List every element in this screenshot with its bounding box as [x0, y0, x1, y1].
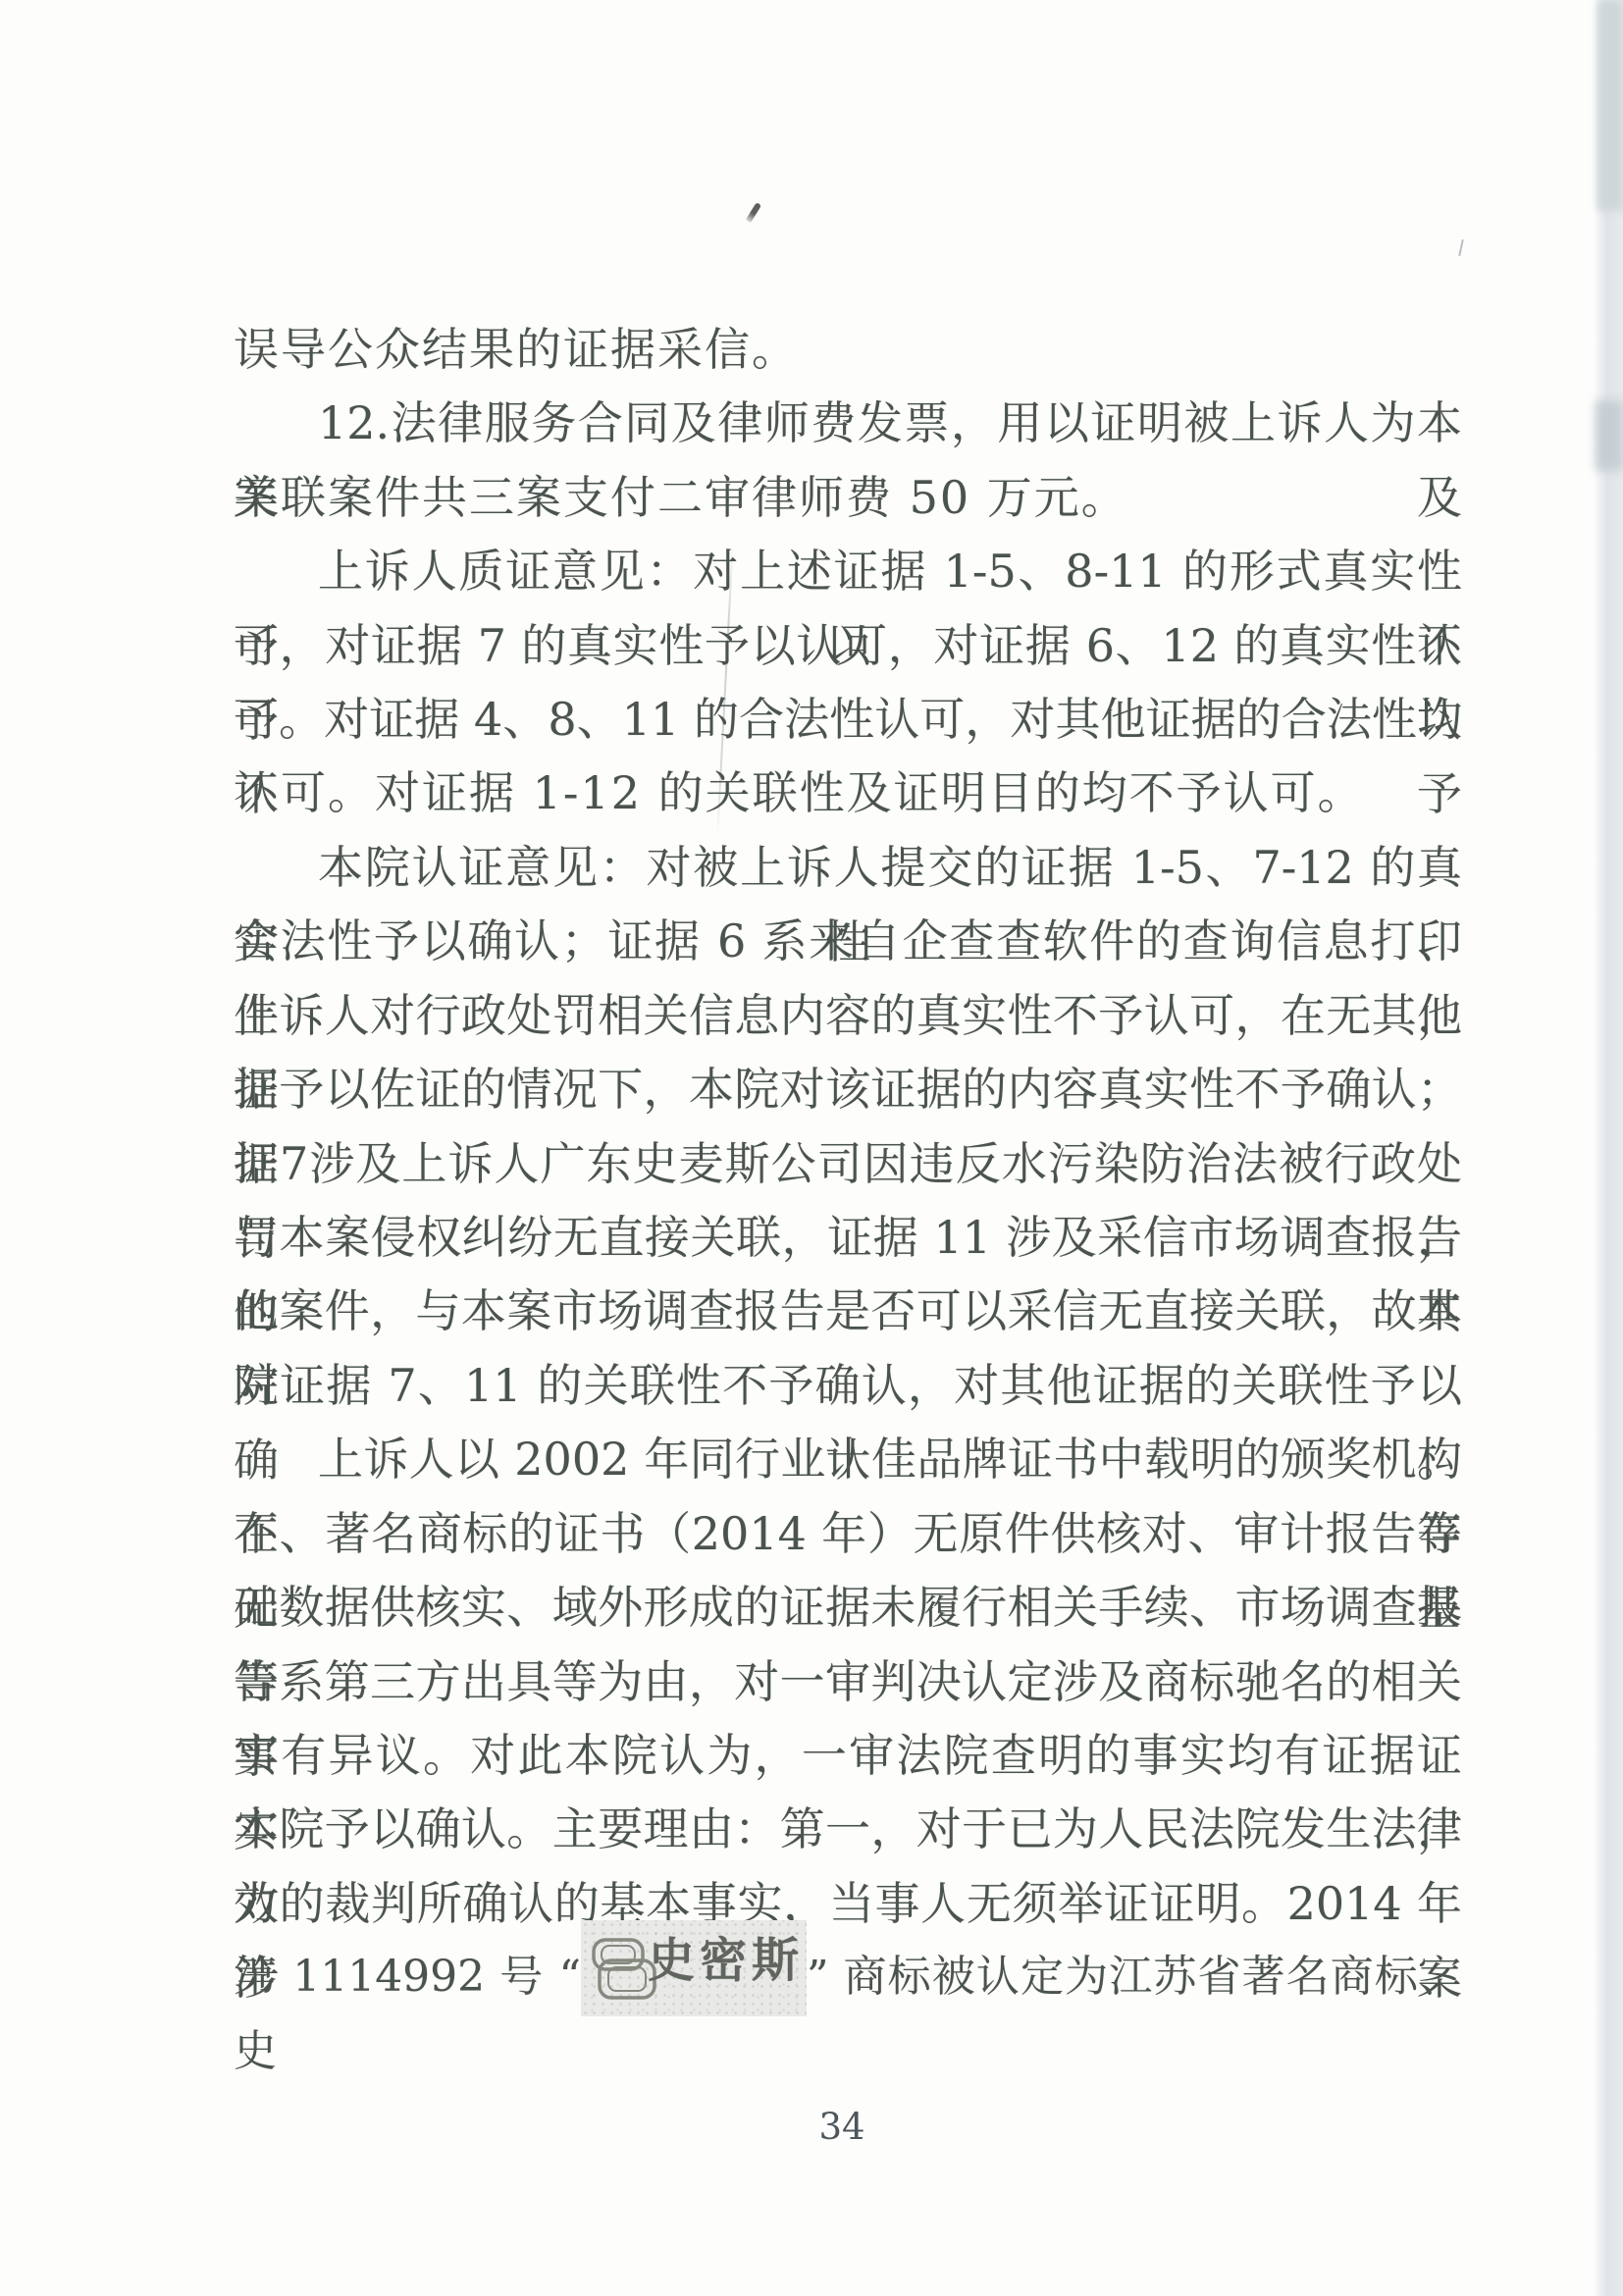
text-line-17: 在、著名商标的证书（2014 年）无原件供核对、审计报告等无基: [234, 1496, 1462, 1571]
text-line-8: 本院认证意见：对被上诉人提交的证据 1-5、7-12 的真实性、: [234, 830, 1462, 905]
text-line-4: 上诉人质证意见：对上述证据 1-5、8-11 的形式真实性予以认: [234, 534, 1462, 608]
shimisi-trademark-logo: 史密斯: [581, 1952, 807, 1991]
text-line-3: 关联案件共三案支付二审律师费 50 万元。: [234, 460, 1462, 535]
page-number: 34: [0, 2106, 1623, 2148]
text-line-15: 对证据 7、11 的关联性不予确认，对其他证据的关联性予以确认。: [234, 1348, 1462, 1423]
text-line-20: 实有异议。对此本院认为，一审法院查明的事实均有证据证实，: [234, 1718, 1462, 1793]
text-line-2: 12.法律服务合同及律师费发票，用以证明被上诉人为本案及: [234, 386, 1462, 460]
trademark-text: 史密斯: [648, 1933, 804, 1988]
text-line-16: 上诉人以 2002 年同行业十佳品牌证书中载明的颁奖机构不存: [234, 1422, 1462, 1496]
document-page: 误导公众结果的证据采信。 12.法律服务合同及律师费发票，用以证明被上诉人为本案…: [0, 0, 1623, 2296]
text-line-22: 力的裁判所确认的基本事实，当事人无须举证证明。2014 年涉案: [234, 1866, 1462, 1941]
text-line-19: 等系第三方出具等为由，对一审判决认定涉及商标驰名的相关事: [234, 1644, 1462, 1719]
text-line-5: 可，对证据 7 的真实性予以认可，对证据 6、12 的真实性不予认: [234, 608, 1462, 683]
ink-mark: [746, 202, 761, 223]
text-line-23: 第 1114992 号 “ 史密斯 ” 商标被认定为江苏省著名商标、史: [234, 1940, 1462, 2014]
text-line-14: 他案件，与本案市场调查报告是否可以采信无直接关联，故本院: [234, 1274, 1462, 1348]
text-line-6: 可。对证据 4、8、11 的合法性认可，对其他证据的合法性均不予: [234, 682, 1462, 757]
text-line-13: 与本案侵权纠纷无直接关联，证据 11 涉及采信市场调查报告的其: [234, 1200, 1462, 1275]
text-line-11: 据予以佐证的情况下，本院对该证据的内容真实性不予确认；证: [234, 1052, 1462, 1126]
scan-edge-shadow-top: [1597, 0, 1623, 211]
chain-link-icon: [594, 1940, 654, 1998]
text-line-23-before: 第 1114992 号 “: [234, 1952, 581, 2002]
text-line-10: 上诉人对行政处罚相关信息内容的真实性不予认可，在无其他证: [234, 978, 1462, 1053]
trademark-image: 史密斯: [581, 1920, 807, 2016]
text-line-9: 合法性予以确认；证据 6 系来自企查查软件的查询信息打印件，: [234, 904, 1462, 978]
text-line-1: 误导公众结果的证据采信。: [234, 312, 1462, 387]
text-line-18: 础数据供核实、域外形成的证据未履行相关手续、市场调查报告: [234, 1570, 1462, 1644]
faint-scratch-mark: [1458, 239, 1463, 256]
scan-edge-strip: [1594, 0, 1623, 2296]
text-line-7: 认可。对证据 1-12 的关联性及证明目的均不予认可。: [234, 756, 1462, 830]
scan-edge-smudge: [1596, 400, 1623, 471]
text-line-21: 本院予以确认。主要理由：第一，对于已为人民法院发生法律效: [234, 1792, 1462, 1866]
text-line-12: 据7涉及上诉人广东史麦斯公司因违反水污染防治法被行政处罚，: [234, 1126, 1462, 1201]
